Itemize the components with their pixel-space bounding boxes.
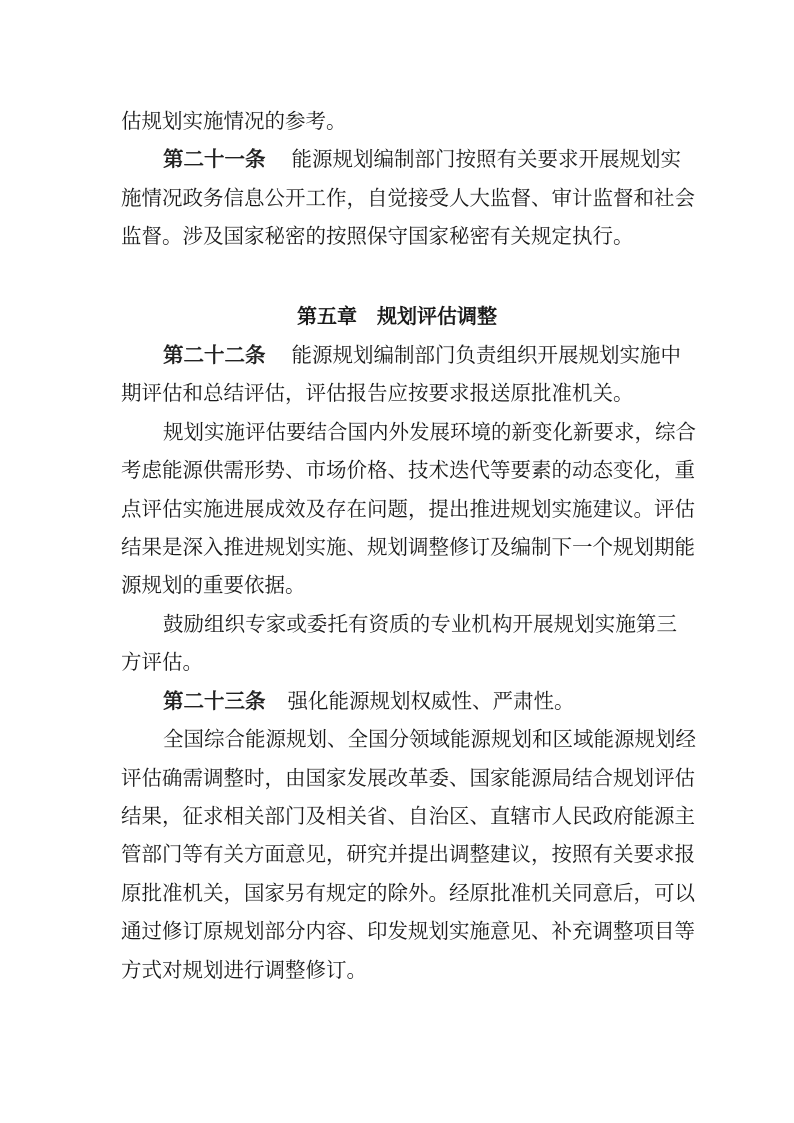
text-line: 期评估和总结评估，评估报告应按要求报送原批准机关。 [121, 381, 677, 405]
text-line: 鼓励组织专家或委托有资质的专业机构开展规划实施第三 [163, 612, 677, 636]
text-line: 结果是深入推进规划实施、规划调整修订及编制下一个规划期能 [121, 535, 677, 559]
text-line: 原批准机关，国家另有规定的除外。经原批准机关同意后，可以 [121, 881, 677, 905]
text-line: 方评估。 [121, 650, 677, 674]
article-text: 能源规划编制部门负责组织开展规划实施中 [292, 343, 682, 367]
article-first-line: 第二十一条能源规划编制部门按照有关要求开展规划实 [163, 147, 677, 171]
text-line: 全国综合能源规划、全国分领域能源规划和区域能源规划经 [163, 727, 677, 751]
text-line: 通过修订原规划部分内容、印发规划实施意见、补充调整项目等 [121, 919, 677, 943]
article-text: 能源规划编制部门按照有关要求开展规划实 [292, 147, 682, 171]
text-line: 监督。涉及国家秘密的按照保守国家秘密有关规定执行。 [121, 224, 677, 248]
text-line: 源规划的重要依据。 [121, 573, 677, 597]
text-line: 管部门等有关方面意见，研究并提出调整建议，按照有关要求报 [121, 842, 677, 866]
text-line: 施情况政务信息公开工作，自觉接受人大监督、审计监督和社会 [121, 186, 677, 210]
article-first-line: 第二十三条强化能源规划权威性、严肃性。 [163, 689, 677, 713]
article-number: 第二十二条 [163, 343, 266, 367]
text-line: 结果，征求相关部门及相关省、自治区、直辖市人民政府能源主 [121, 804, 677, 828]
article-first-line: 第二十二条能源规划编制部门负责组织开展规划实施中 [163, 343, 677, 367]
article-text: 强化能源规划权威性、严肃性。 [288, 689, 575, 713]
text-line: 点评估实施进展成效及存在问题，提出推进规划实施建议。评估 [121, 497, 677, 521]
document-page: 估规划实施情况的参考。 第二十一条能源规划编制部门按照有关要求开展规划实 施情况… [0, 0, 794, 1123]
text-line: 评估确需调整时，由国家发展改革委、国家能源局结合规划评估 [121, 766, 677, 790]
article-number: 第二十三条 [163, 689, 266, 713]
text-line: 考虑能源供需形势、市场价格、技术迭代等要素的动态变化，重 [121, 458, 677, 482]
text-line: 方式对规划进行调整修订。 [121, 958, 677, 982]
chapter-title: 第五章 规划评估调整 [0, 304, 794, 328]
text-line: 估规划实施情况的参考。 [121, 109, 677, 133]
article-number: 第二十一条 [163, 147, 266, 171]
text-line: 规划实施评估要结合国内外发展环境的新变化新要求，综合 [163, 420, 677, 444]
